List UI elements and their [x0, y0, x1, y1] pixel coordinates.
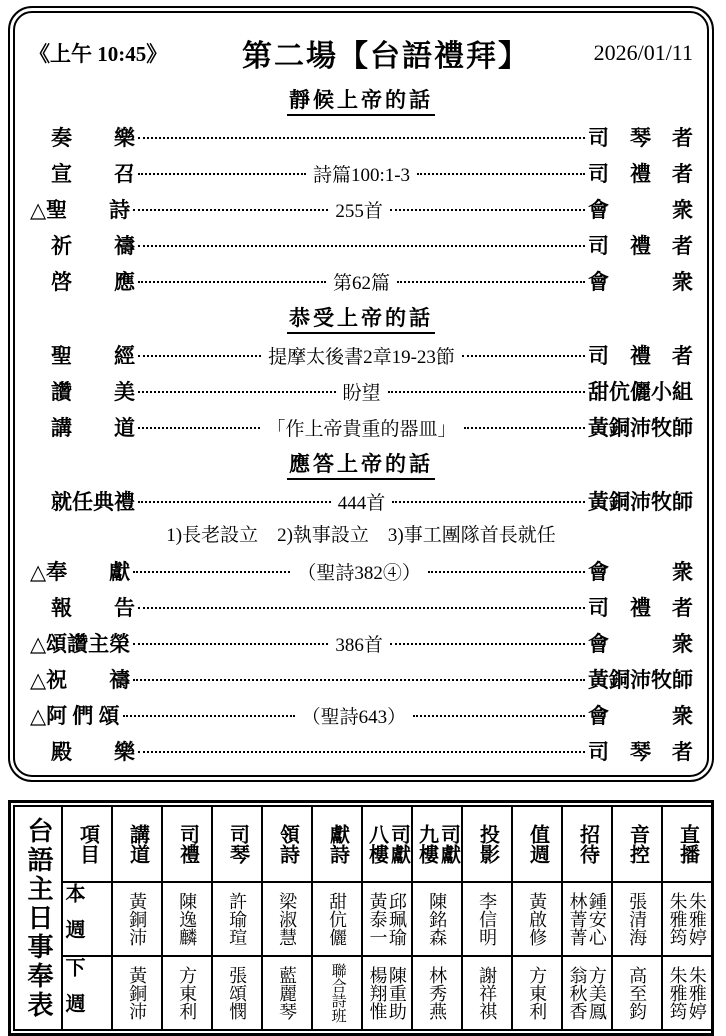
column-header-text: 司琴	[227, 824, 248, 864]
dotted-leader	[390, 209, 585, 211]
duty-person-name: 朱雅婷	[688, 892, 706, 946]
column-header-text: 講道	[127, 824, 148, 864]
section-title-text: 靜候上帝的話	[287, 88, 435, 116]
duty-cell: 楊翔惟陳重助	[362, 956, 412, 1030]
column-header: 司禮	[162, 806, 212, 882]
column-header: 領詩	[262, 806, 312, 882]
program-item-detail: 386首	[331, 630, 387, 657]
bulletin-sheet: 《上午 10:45》 第二場【台語禮拜】 2026/01/11 靜候上帝的話奏 …	[8, 6, 714, 782]
duty-person-name: 朱雅筠	[668, 892, 686, 946]
dotted-leader	[464, 427, 586, 429]
program-item-label: △頌讚主榮	[29, 628, 130, 658]
dotted-leader	[417, 173, 585, 175]
column-header: 獻詩	[312, 806, 362, 882]
duty-cell: 林秀燕	[412, 956, 462, 1030]
duty-person-name: 方東利	[178, 966, 196, 1020]
program-row: 報 告司 禮 者	[29, 589, 693, 625]
duty-cell: 方東利	[162, 956, 212, 1030]
column-header-text: 招待	[577, 824, 598, 864]
program-item-label: 講 道	[29, 412, 135, 442]
duty-cell: 林菁菁鍾安心	[562, 882, 612, 956]
duty-cell: 藍麗琴	[262, 956, 312, 1030]
duty-cell: 黃啟修	[512, 882, 562, 956]
program-item-person: 司 禮 者	[588, 230, 693, 260]
column-header: 直播	[662, 806, 712, 882]
column-header-text: 音控	[627, 824, 648, 864]
page-title: 第二場【台語禮拜】	[199, 31, 573, 75]
duty-person-name: 陳銘森	[428, 892, 446, 946]
duty-person-name: 黃銅沛	[128, 892, 146, 946]
duty-person-name: 楊翔惟	[368, 966, 386, 1020]
program-item-detail: 255首	[331, 196, 387, 223]
program-item-detail: 444首	[334, 488, 390, 515]
dotted-leader	[413, 715, 585, 717]
duty-person-name: 朱雅筠	[668, 966, 686, 1020]
column-header: 講道	[112, 806, 162, 882]
dotted-leader	[138, 245, 585, 247]
duty-cell: 翁秋香方美鳳	[562, 956, 612, 1030]
program-item-note: 1)長老設立 2)執事設立 3)事工團隊首長就任	[29, 519, 693, 553]
column-header-text: 司禮	[177, 824, 198, 864]
order-of-worship: 靜候上帝的話奏 樂司 琴 者宣 召詩篇100:1-3司 禮 者△聖 詩255首會…	[29, 84, 693, 769]
program-row: 奏 樂司 琴 者	[29, 119, 693, 155]
program-row: 啓 應第62篇會 衆	[29, 263, 693, 299]
duty-person-name: 高至鈞	[628, 966, 646, 1020]
column-header-text: 領詩	[277, 824, 298, 864]
duty-person-name: 黃泰一	[368, 892, 386, 946]
duty-person-name: 聯合詩班	[329, 963, 344, 1023]
program-item-person: 黃銅沛牧師	[588, 486, 693, 516]
program-item-label: 讚 美	[29, 376, 135, 406]
duty-person-name: 方東利	[528, 966, 546, 1020]
column-header: 八樓司獻	[362, 806, 412, 882]
dotted-leader	[133, 209, 328, 211]
program-item-detail: 盼望	[339, 378, 385, 405]
column-header-text: 獻詩	[327, 824, 348, 864]
program-row: 殿 樂司 琴 者	[29, 733, 693, 769]
duty-person-name: 謝祥祺	[478, 966, 496, 1020]
column-header-text: 九樓	[416, 824, 437, 864]
dotted-leader	[138, 607, 585, 609]
duty-row-label-text: 本週	[63, 883, 83, 955]
program-row: 讚 美盼望甜伉儷小組	[29, 373, 693, 409]
program-item-person: 司 琴 者	[588, 736, 693, 766]
program-item-person: 會 衆	[588, 194, 693, 224]
duty-cell: 陳銘森	[412, 882, 462, 956]
dotted-leader	[138, 427, 260, 429]
duty-person-name: 梁淑慧	[278, 892, 296, 946]
dotted-leader	[138, 173, 306, 175]
program-row: △奉 獻（聖詩382④）會 衆	[29, 553, 693, 589]
duty-cell: 甜伉儷	[312, 882, 362, 956]
duty-row: 下週黃銅沛方東利張頌憫藍麗琴聯合詩班楊翔惟陳重助林秀燕謝祥祺方東利翁秋香方美鳳高…	[14, 956, 712, 1030]
column-header: 投影	[462, 806, 512, 882]
service-time: 《上午 10:45》	[29, 38, 199, 68]
duty-row-label: 本週	[62, 882, 112, 956]
duty-cell: 張頌憫	[212, 956, 262, 1030]
duty-person-name: 李信明	[478, 892, 496, 946]
column-header-text: 八樓	[366, 824, 387, 864]
column-header: 司琴	[212, 806, 262, 882]
duty-person-name: 藍麗琴	[278, 966, 296, 1020]
table-side-label: 台語主日事奉表	[14, 806, 62, 1030]
column-header: 招待	[562, 806, 612, 882]
program-item-label: 報 告	[29, 592, 135, 622]
dotted-leader	[138, 355, 261, 357]
program-item-label: 就任典禮	[29, 486, 135, 516]
duty-person-name: 林菁菁	[568, 892, 586, 946]
duty-roster-frame: 台語主日事奉表項目講道司禮司琴領詩獻詩八樓司獻九樓司獻投影值週招待音控直播本週黃…	[8, 800, 714, 1032]
duty-cell: 高至鈞	[612, 956, 662, 1030]
duty-cell: 張清海	[612, 882, 662, 956]
program-item-detail: 「作上帝貴重的器皿」	[263, 414, 461, 441]
program-item-person: 甜伉儷小組	[588, 376, 693, 406]
table-side-label-text: 台語主日事奉表	[25, 817, 51, 1020]
duty-cell: 黃泰一邱珮瑜	[362, 882, 412, 956]
program-item-person: 司 禮 者	[588, 592, 693, 622]
program-item-person: 會 衆	[588, 266, 693, 296]
program-row: △阿 們 頌（聖詩643）會 衆	[29, 697, 693, 733]
column-header: 音控	[612, 806, 662, 882]
duty-person-name: 張清海	[628, 892, 646, 946]
column-header: 項目	[62, 806, 112, 882]
program-row: 祈 禱司 禮 者	[29, 227, 693, 263]
dotted-leader	[133, 571, 290, 573]
duty-person-name: 林秀燕	[428, 966, 446, 1020]
program-item-label: △奉 獻	[29, 556, 130, 586]
dotted-leader	[428, 571, 585, 573]
column-header-text: 值週	[527, 824, 548, 864]
program-item-label: 啓 應	[29, 266, 135, 296]
duty-person-name: 鍾安心	[588, 892, 606, 946]
duty-cell: 方東利	[512, 956, 562, 1030]
section-title: 靜候上帝的話	[29, 84, 693, 119]
dotted-leader	[462, 355, 585, 357]
program-item-person: 司 琴 者	[588, 122, 693, 152]
duty-person-name: 甜伉儷	[328, 892, 346, 946]
duty-cell: 朱雅筠朱雅婷	[662, 956, 712, 1030]
duty-roster-table: 台語主日事奉表項目講道司禮司琴領詩獻詩八樓司獻九樓司獻投影值週招待音控直播本週黃…	[13, 805, 713, 1031]
program-item-label: △阿 們 頌	[29, 700, 120, 730]
duty-cell: 梁淑慧	[262, 882, 312, 956]
program-item-person: 會 衆	[588, 628, 693, 658]
program-row: △聖 詩255首會 衆	[29, 191, 693, 227]
program-item-label: △祝 禱	[29, 664, 130, 694]
program-item-person: 司 禮 者	[588, 340, 693, 370]
dotted-leader	[392, 501, 585, 503]
program-item-detail: 提摩太後書2章19-23節	[264, 342, 459, 369]
program-item-person: 黃銅沛牧師	[588, 412, 693, 442]
dotted-leader	[388, 391, 586, 393]
column-header-text: 項目	[77, 824, 98, 864]
program-item-detail: （聖詩382④）	[293, 558, 425, 585]
program-item-detail: （聖詩643）	[298, 702, 411, 729]
column-header-text: 司獻	[388, 824, 409, 864]
section-title-text: 恭受上帝的話	[287, 306, 435, 334]
duty-cell: 李信明	[462, 882, 512, 956]
duty-person-name: 方美鳳	[588, 966, 606, 1020]
service-date: 2026/01/11	[573, 40, 693, 66]
program-item-label: 宣 召	[29, 158, 135, 188]
program-item-label: 聖 經	[29, 340, 135, 370]
bulletin-sheet-inner: 《上午 10:45》 第二場【台語禮拜】 2026/01/11 靜候上帝的話奏 …	[13, 11, 709, 777]
dotted-leader	[397, 281, 585, 283]
section-title: 恭受上帝的話	[29, 302, 693, 337]
duty-row: 本週黃銅沛陳逸麟許瑜瑄梁淑慧甜伉儷黃泰一邱珮瑜陳銘森李信明黃啟修林菁菁鍾安心張清…	[14, 882, 712, 956]
dotted-leader	[138, 751, 585, 753]
program-item-person: 會 衆	[588, 700, 693, 730]
duty-row-label: 下週	[62, 956, 112, 1030]
program-item-detail: 詩篇100:1-3	[309, 160, 414, 187]
program-item-person: 會 衆	[588, 556, 693, 586]
program-row: 聖 經提摩太後書2章19-23節司 禮 者	[29, 337, 693, 373]
column-header-text: 投影	[477, 824, 498, 864]
dotted-leader	[390, 643, 585, 645]
duty-person-name: 朱雅婷	[688, 966, 706, 1020]
duty-person-name: 翁秋香	[568, 966, 586, 1020]
duty-cell: 黃銅沛	[112, 882, 162, 956]
dotted-leader	[138, 501, 331, 503]
dotted-leader	[133, 643, 328, 645]
duty-person-name: 黃啟修	[528, 892, 546, 946]
section-title: 應答上帝的話	[29, 448, 693, 483]
dotted-leader	[133, 679, 585, 681]
program-item-label: 殿 樂	[29, 736, 135, 766]
duty-person-name: 邱珮瑜	[388, 892, 406, 946]
duty-person-name: 黃銅沛	[128, 966, 146, 1020]
program-row: △祝 禱黃銅沛牧師	[29, 661, 693, 697]
duty-row-label-text: 下週	[63, 957, 83, 1029]
section-title-text: 應答上帝的話	[287, 452, 435, 480]
duty-cell: 朱雅筠朱雅婷	[662, 882, 712, 956]
dotted-leader	[123, 715, 295, 717]
program-item-label: 祈 禱	[29, 230, 135, 260]
duty-person-name: 陳重助	[388, 966, 406, 1020]
dotted-leader	[138, 137, 585, 139]
program-item-person: 黃銅沛牧師	[588, 664, 693, 694]
duty-person-name: 張頌憫	[228, 966, 246, 1020]
program-row: 講 道「作上帝貴重的器皿」黃銅沛牧師	[29, 409, 693, 445]
duty-cell: 許瑜瑄	[212, 882, 262, 956]
duty-person-name: 許瑜瑄	[228, 892, 246, 946]
duty-cell: 陳逸麟	[162, 882, 212, 956]
dotted-leader	[138, 391, 336, 393]
program-row: 宣 召詩篇100:1-3司 禮 者	[29, 155, 693, 191]
duty-person-name: 陳逸麟	[178, 892, 196, 946]
bulletin-header: 《上午 10:45》 第二場【台語禮拜】 2026/01/11	[29, 25, 693, 81]
column-header-text: 直播	[677, 824, 698, 864]
column-header: 九樓司獻	[412, 806, 462, 882]
program-item-person: 司 禮 者	[588, 158, 693, 188]
duty-cell: 聯合詩班	[312, 956, 362, 1030]
duty-cell: 謝祥祺	[462, 956, 512, 1030]
column-header-text: 司獻	[438, 824, 459, 864]
duty-cell: 黃銅沛	[112, 956, 162, 1030]
column-header: 值週	[512, 806, 562, 882]
program-row: △頌讚主榮386首會 衆	[29, 625, 693, 661]
program-row: 就任典禮444首黃銅沛牧師	[29, 483, 693, 519]
program-item-detail: 第62篇	[329, 268, 394, 295]
dotted-leader	[138, 281, 326, 283]
program-item-label: △聖 詩	[29, 194, 130, 224]
program-item-label: 奏 樂	[29, 122, 135, 152]
